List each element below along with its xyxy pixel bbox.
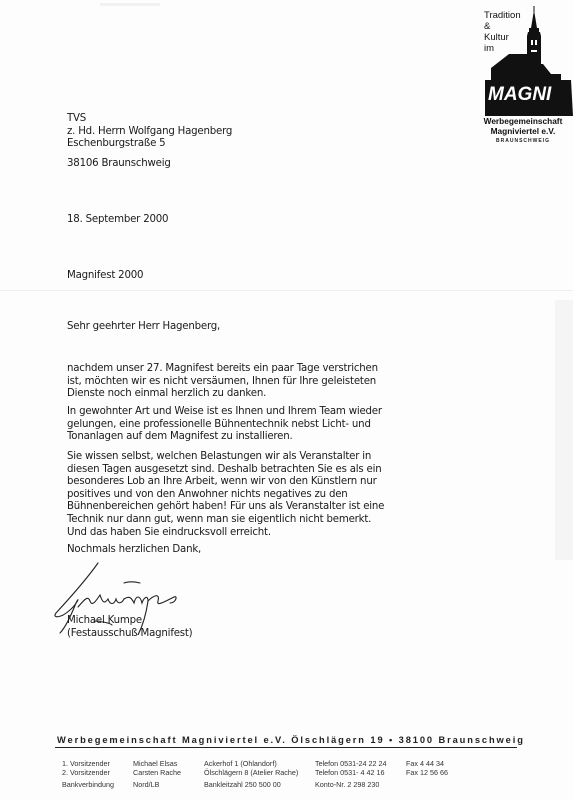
paragraph-2: In gewohnter Art und Weise ist es Ihnen … bbox=[67, 406, 382, 444]
address-line: TVS bbox=[67, 113, 232, 126]
paragraph-line: Und das haben Sie eindrucksvoll erreicht… bbox=[67, 527, 384, 540]
recipient-city: 38106 Braunschweig bbox=[67, 158, 171, 171]
logo-tagline-line: Kultur bbox=[484, 32, 521, 43]
paragraph-line: ist, möchten wir es nicht versäumen, Ihn… bbox=[67, 376, 378, 389]
scan-noise bbox=[100, 3, 160, 6]
logo-tagline-line: im bbox=[484, 43, 521, 54]
paragraph-line: Dienste noch einmal herzlich zu danken. bbox=[67, 388, 378, 401]
paragraph-line: positives und von den Anwohner nichts ne… bbox=[67, 489, 384, 502]
signatory: Michael Kumpe (Festausschuß Magnifest) bbox=[67, 615, 192, 640]
salutation: Sehr geehrter Herr Hagenberg, bbox=[67, 321, 220, 334]
footer-name: Michael Elsas bbox=[133, 759, 177, 768]
paragraph-line: Bühnenbereichen gehört haben! Für uns al… bbox=[67, 501, 384, 514]
logo-tagline-line: Tradition bbox=[484, 10, 521, 21]
footer-role: Bankverbindung bbox=[62, 780, 114, 789]
letter-subject: Magnifest 2000 bbox=[67, 270, 143, 283]
paragraph-3: Sie wissen selbst, welchen Belastungen w… bbox=[67, 451, 384, 539]
org-city: BRAUNSCHWEIG bbox=[473, 138, 573, 144]
signatory-name: Michael Kumpe bbox=[67, 615, 192, 628]
paragraph-line: Tonanlagen auf dem Magnifest zu installi… bbox=[67, 431, 382, 444]
footer-address: Ölschlägern 8 (Atelier Rache) bbox=[204, 768, 298, 777]
paragraph-line: In gewohnter Art und Weise ist es Ihnen … bbox=[67, 406, 382, 419]
logo-wordmark: MAGNI bbox=[488, 84, 551, 106]
footer-phone: Telefon 0531- 4 42 16 bbox=[315, 768, 385, 777]
signatory-role: (Festausschuß Magnifest) bbox=[67, 628, 192, 641]
scan-fold-line bbox=[0, 290, 573, 291]
paragraph-line: Technik nur dann gut, wenn man sie eigen… bbox=[67, 514, 384, 527]
logo-subword: VIERTEL bbox=[489, 104, 548, 111]
footer-fax: Fax 4 44 34 bbox=[406, 759, 444, 768]
paragraph-line: diesen Tagen ausgesetzt sind. Deshalb be… bbox=[67, 464, 384, 477]
footer-name: Carsten Rache bbox=[133, 768, 181, 777]
paragraph-line: nachdem unser 27. Magnifest bereits ein … bbox=[67, 363, 378, 376]
footer-divider bbox=[55, 747, 517, 748]
org-name: Werbegemeinschaft Magniviertel e.V. bbox=[473, 116, 573, 136]
recipient-address: TVS z. Hd. Herrn Wolfgang Hagenberg Esch… bbox=[67, 113, 232, 151]
footer-fax: Fax 12 56 66 bbox=[406, 768, 448, 777]
org-name-line: Werbegemeinschaft bbox=[473, 116, 573, 126]
logo-tagline-line: & bbox=[484, 21, 521, 32]
letter-date: 18. September 2000 bbox=[67, 214, 168, 227]
paragraph-1: nachdem unser 27. Magnifest bereits ein … bbox=[67, 363, 378, 401]
footer-org-address: Werbegemeinschaft Magniviertel e.V. Ölsc… bbox=[57, 735, 525, 745]
footer-address: Bankleitzahl 250 500 00 bbox=[204, 780, 281, 789]
footer-role: 2. Vorsitzender bbox=[62, 768, 110, 777]
paragraph-line: gelungen, eine professionelle Bühnentech… bbox=[67, 419, 382, 432]
magniviertel-logo: Tradition & Kultur im MAGNI VIERTEL Werb… bbox=[481, 4, 573, 149]
footer-name: Nord/LB bbox=[133, 780, 159, 789]
footer-phone: Konto-Nr. 2 298 230 bbox=[315, 780, 379, 789]
address-line: Eschenburgstraße 5 bbox=[67, 138, 232, 151]
address-line: z. Hd. Herrn Wolfgang Hagenberg bbox=[67, 126, 232, 139]
letter-page: Tradition & Kultur im MAGNI VIERTEL Werb… bbox=[0, 0, 573, 800]
logo-tagline: Tradition & Kultur im bbox=[484, 10, 521, 54]
scan-noise bbox=[555, 300, 573, 560]
paragraph-line: besonderes Lob an Ihre Arbeit, wenn wir … bbox=[67, 476, 384, 489]
org-name-line: Magniviertel e.V. bbox=[473, 126, 573, 136]
footer-phone: Telefon 0531-24 22 24 bbox=[315, 759, 387, 768]
paragraph-line: Sie wissen selbst, welchen Belastungen w… bbox=[67, 451, 384, 464]
footer-address: Ackerhof 1 (Ohlandorf) bbox=[204, 759, 277, 768]
footer-role: 1. Vorsitzender bbox=[62, 759, 110, 768]
